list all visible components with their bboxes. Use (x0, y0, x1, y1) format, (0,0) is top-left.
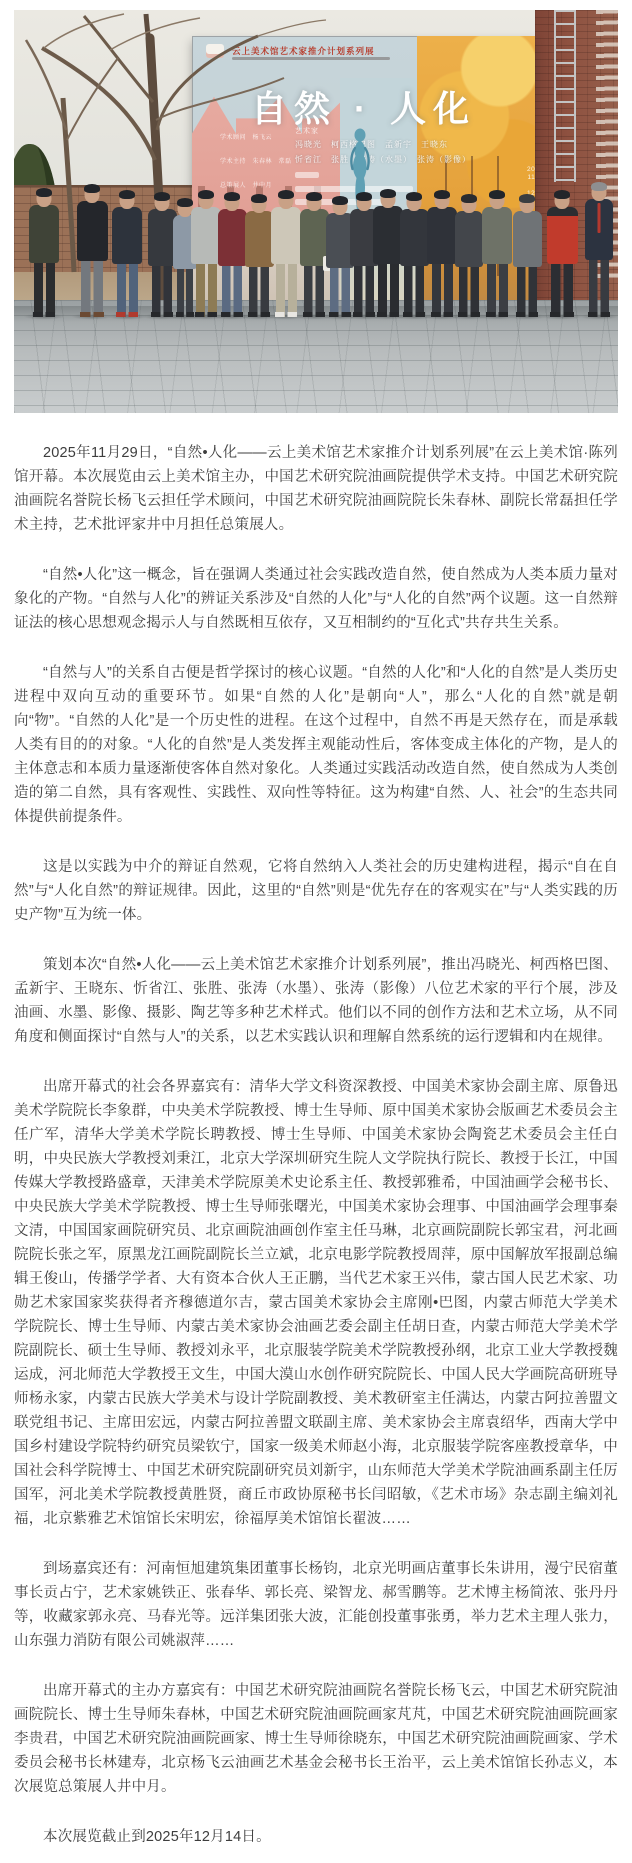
person-silhouette (300, 193, 329, 317)
wall-ladder (554, 10, 576, 182)
opening-group-photo: 云上美术馆艺术家推介计划系列展 自然 · 人化 学术顾问 杨飞云 学术主持 朱春… (14, 10, 618, 413)
paragraph: 出席开幕式的社会各界嘉宾有：清华大学文科资深教授、中国美术家协会副主席、原鲁迅美… (14, 1075, 618, 1531)
person-silhouette (218, 193, 247, 317)
paragraph: 本次展览截止到2025年12月14日。 (14, 1825, 618, 1849)
person-silhouette (29, 189, 59, 317)
banner-header-text: 云上美术馆艺术家推介计划系列展 (232, 45, 375, 57)
credit-row: 学术顾问 杨飞云 (220, 132, 272, 141)
paragraph: “自然与人”的关系自古便是哲学探讨的核心议题。“自然的人化”和“人化的自然”是人… (14, 661, 618, 829)
article-body: 2025年11月29日，“自然•人化——云上美术馆艺术家推介计划系列展”在云上美… (0, 413, 632, 1849)
artists-row: 忻省江 张胜 张涛（水墨） 张涛（影像） (295, 154, 471, 165)
person-silhouette (427, 191, 457, 317)
banner-title: 自然 · 人化 (192, 81, 535, 132)
banner-date-year: 2025 (527, 166, 535, 174)
person-silhouette (513, 195, 542, 317)
person-silhouette (547, 191, 578, 317)
article-page: 云上美术馆艺术家推介计划系列展 自然 · 人化 学术顾问 杨飞云 学术主持 朱春… (0, 0, 632, 1863)
paragraph: 这是以实践为中介的辩证自然观，它将自然纳入人类社会的历史建构进程，揭示“自在自然… (14, 855, 618, 927)
paragraph: 2025年11月29日，“自然•人化——云上美术馆艺术家推介计划系列展”在云上美… (14, 441, 618, 537)
banner-english-subtitle-bar (232, 57, 390, 60)
paragraph: 出席开幕式的主办方嘉宾有：中国艺术研究院油画院名誉院长杨飞云，中国艺术研究院油画… (14, 1679, 618, 1799)
person-silhouette (455, 195, 483, 317)
paragraph: 策划本次“自然•人化——云上美术馆艺术家推介计划系列展”，推出冯晓光、柯西格巴图… (14, 953, 618, 1049)
person-silhouette (271, 191, 301, 317)
person-silhouette (77, 185, 108, 317)
person-silhouette (585, 183, 613, 317)
paragraph: 到场嘉宾还有：河南恒旭建筑集团董事长杨钧，北京光明画店董事长朱讲用，漫宁民宿董事… (14, 1557, 618, 1653)
person-silhouette (245, 195, 274, 317)
blurred-text-bar (295, 172, 319, 178)
museum-logo-icon (206, 44, 224, 58)
person-silhouette (400, 193, 429, 317)
person-silhouette (112, 191, 142, 317)
paragraph: “自然•人化”这一概念，旨在强调人类通过社会实践改造自然，使自然成为人类本质力量… (14, 563, 618, 635)
credit-row: 学术主持 朱春林 常磊 (220, 156, 292, 165)
credit-row: 总策展人 井中月 (220, 180, 272, 189)
banner-header: 云上美术馆艺术家推介计划系列展 (206, 43, 506, 65)
person-silhouette (373, 190, 403, 317)
person-silhouette (482, 191, 512, 317)
artists-label: 艺术家 (295, 126, 319, 136)
person-silhouette (191, 191, 221, 317)
